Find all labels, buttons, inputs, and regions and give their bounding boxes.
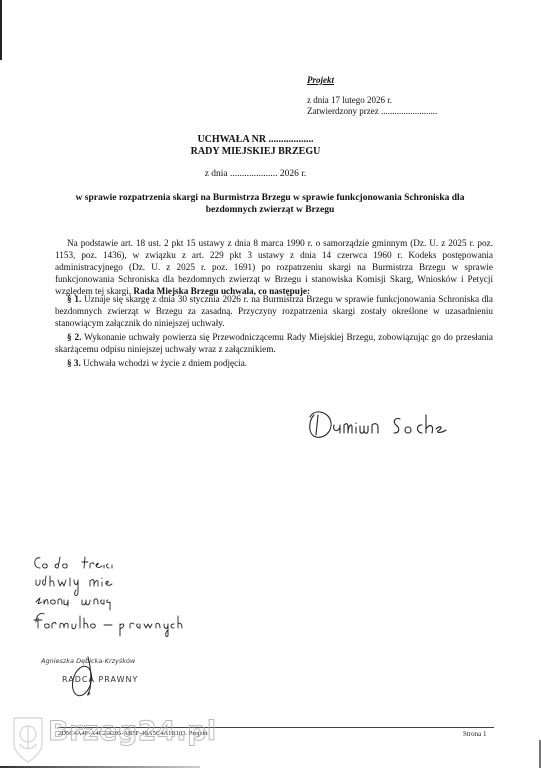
scan-edge <box>0 0 2 60</box>
section-text: Uznaje się skargę z dnia 30 stycznia 202… <box>55 294 493 328</box>
section-text: Uchwała wchodzi w życie z dniem podjęcia… <box>83 358 247 368</box>
watermark-text: Brzeg24.pl <box>48 716 217 747</box>
section-text: Wykonanie uchwały powierza się Przewodni… <box>55 332 493 354</box>
resolution-date: z dnia .................... 2026 r. <box>0 169 526 179</box>
approved-by: Zatwierdzony przez .....................… <box>307 106 437 116</box>
section-label: § 3. <box>67 358 81 368</box>
stamp-signature <box>60 655 110 700</box>
council-name: RADY MIEJSKIEJ BRZEGU <box>0 146 526 157</box>
legal-basis-paragraph: Na podstawie art. 18 ust. 2 pkt 15 ustaw… <box>55 237 493 297</box>
projekt-label: Projekt <box>307 75 334 85</box>
page-number: Strona 1 <box>463 730 487 738</box>
draft-date: z dnia 17 lutego 2026 r. <box>307 95 392 105</box>
section-label: § 1. <box>67 294 81 304</box>
legal-note-handwriting <box>32 552 222 647</box>
resolution-subject: w sprawie rozpatrzenia skargi na Burmist… <box>55 192 485 216</box>
section-label: § 2. <box>67 332 81 342</box>
section-2: § 2. Wykonanie uchwały powierza się Prze… <box>55 331 493 355</box>
handwritten-signature <box>300 395 490 445</box>
resolution-number: UCHWAŁA NR .................. <box>0 134 526 145</box>
section-3: § 3. Uchwała wchodzi w życie z dniem pod… <box>55 357 493 369</box>
anchor-shield-icon <box>10 714 46 764</box>
document-page: Projekt z dnia 17 lutego 2026 r. Zatwier… <box>0 0 541 768</box>
section-1: § 1. Uznaje się skargę z dnia 30 styczni… <box>55 293 493 329</box>
